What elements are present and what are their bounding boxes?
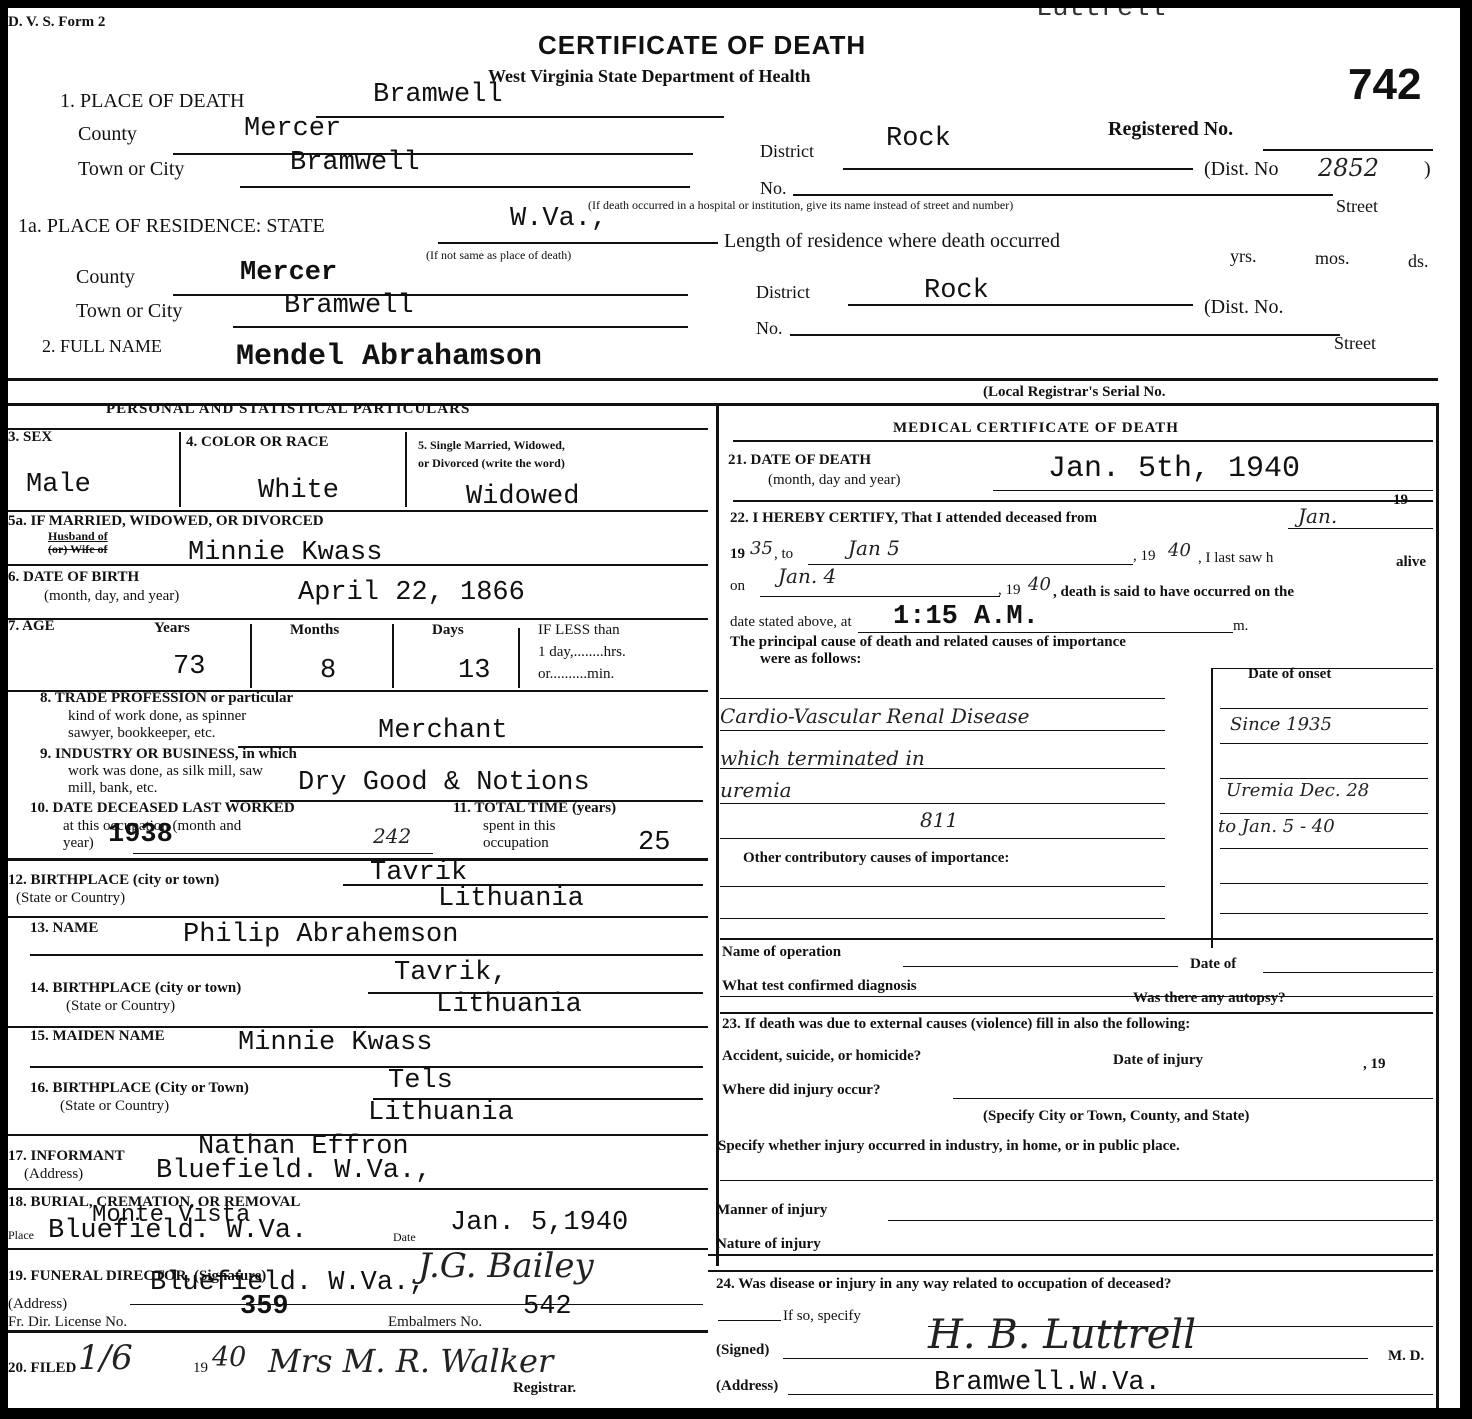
certificate-title: CERTIFICATE OF DEATH [538,30,866,61]
mother-birthplace-label-2: (State or Country) [60,1098,169,1115]
district-value: Rock [886,124,951,154]
res-town-value: Bramwell [284,291,414,321]
ds-label: ds. [1408,251,1429,272]
dob-label: 6. DATE OF BIRTH [8,569,139,586]
other-causes-label: Other contributory causes of importance: [743,850,1009,867]
last-worked-value: 1938 [108,820,173,850]
full-name-value: Mendel Abrahamson [236,340,542,374]
department-subtitle: West Virginia State Department of Health [488,66,810,87]
residence-label: 1a. PLACE OF RESIDENCE: STATE [18,215,325,238]
filed-year-prefix: 19 [193,1360,208,1377]
res-street-no-label: No. [756,318,783,339]
sex-label: 3. SEX [8,429,52,446]
funeral-address-label: (Address) [8,1296,67,1313]
certify-on: on [730,578,745,595]
external-causes-label: 23. If death was due to external causes … [722,1016,1190,1033]
place-of-death-label: 1. PLACE OF DEATH [60,90,244,113]
certify-m: m. [1233,618,1248,635]
license-no: 359 [240,1292,289,1322]
manner-label: Manner of injury [716,1202,827,1219]
medical-heading: MEDICAL CERTIFICATE OF DEATH [893,420,1179,437]
dist-no-value: 2852 [1318,154,1379,182]
certify-last-saw: , I last saw h [1198,550,1273,567]
dist-no-label: (Dist. No [1204,158,1278,181]
cause-line-2: which terminated in [720,746,925,770]
less-than-label: IF LESS than [538,622,620,639]
embalmers-no: 542 [523,1292,572,1322]
length-of-residence-label: Length of residence where death occurred [724,230,1060,253]
attended-from: Jan. [1298,504,1337,528]
cause-intro-2: were as follows: [760,651,861,668]
specify-place-label: Specify whether injury occurred in indus… [718,1138,1180,1155]
birthplace-country: Lithuania [438,884,584,914]
onset-label: Date of onset [1248,666,1331,683]
yrs-label: yrs. [1230,246,1257,267]
certify-line-1: 22. I HEREBY CERTIFY, That I attended de… [730,510,1097,527]
last-worked-label-1: 10. DATE DECEASED LAST WORKED [30,800,295,817]
mother-maiden-label: 15. MAIDEN NAME [30,1028,165,1045]
filed-label: 20. FILED [8,1360,76,1377]
death-certificate: D. V. S. Form 2 Luttrell CERTIFICATE OF … [8,8,1460,1408]
total-time-label-2: spent in this [483,818,556,835]
certify-19-last: , 19 [998,582,1021,599]
mother-birthplace-country: Lithuania [368,1098,514,1128]
months-label: Months [290,622,339,639]
father-birthplace-city: Tavrik, [394,958,507,988]
father-birthplace-country: Lithuania [436,990,582,1020]
days-label: Days [432,622,464,639]
certify-alive: alive [1396,554,1426,571]
certify-19-to: , 19 [1133,548,1156,565]
birthplace-label-1: 12. BIRTHPLACE (city or town) [8,872,219,889]
last-seen-year: 40 [1028,574,1051,595]
race-value: White [258,476,339,506]
age-months: 8 [320,656,336,686]
form-id: D. V. S. Form 2 [8,14,105,31]
physician-signature: H. B. Luttrell [928,1312,1196,1358]
industry-value: Dry Good & Notions [298,768,590,798]
time-of-death: 1:15 A.M. [893,602,1039,632]
last-seen-date: Jan. 4 [778,564,836,588]
burial-date: Jan. 5,1940 [450,1208,628,1238]
county-label: County [78,123,137,146]
res-district-value: Rock [924,276,989,306]
onset-1: Since 1935 [1230,714,1332,735]
place-of-death-value: Bramwell [373,80,503,110]
trade-label-2: kind of work done, as spinner [68,708,246,725]
attended-to-year: 40 [1168,540,1191,561]
autopsy-label: Was there any autopsy? [1133,990,1286,1007]
town-value: Bramwell [290,148,420,178]
mother-birthplace-city: Tels [388,1066,453,1096]
mother-birthplace-label-1: 16. BIRTHPLACE (City or Town) [30,1080,249,1097]
injury-19: , 19 [1363,1056,1386,1073]
age-label: 7. AGE [8,618,55,635]
trade-label-1: 8. TRADE PROFESSION or particular [40,690,293,707]
top-surname: Luttrell [1036,8,1166,24]
town-label: Town or City [78,158,184,181]
spouse-sub-wife: (or) Wife of [48,542,108,557]
registrar-label: Registrar. [513,1380,576,1397]
informant-label: 17. INFORMANT [8,1148,125,1165]
filed-year: 40 [212,1342,246,1373]
if-so-label: If so, specify [783,1308,861,1325]
burial-place-label: Place [8,1228,34,1243]
accident-label: Accident, suicide, or homicide? [722,1048,921,1065]
residence-state-note: (If not same as place of death) [426,248,571,263]
registrar-signature: Mrs M. R. Walker [268,1342,553,1380]
street-label: Street [1336,196,1378,217]
where-injury-note: (Specify City or Town, County, and State… [983,1108,1249,1125]
res-town-label: Town or City [76,300,182,323]
cause-code: 811 [920,808,958,832]
birthplace-label-2: (State or Country) [16,890,125,907]
years-label: Years [154,620,190,637]
trade-label-3: sawyer, bookkeeper, etc. [68,725,215,742]
cause-line-1: Cardio-Vascular Renal Disease [720,704,1029,728]
industry-label-1: 9. INDUSTRY OR BUSINESS, in which [40,746,297,763]
physician-address-label: (Address) [716,1378,778,1395]
onset-3: to Jan. 5 - 40 [1218,816,1335,837]
cause-intro-1: The principal cause of death and related… [730,634,1126,651]
test-label: What test confirmed diagnosis [722,978,917,995]
less-hrs-label: 1 day,........hrs. [538,644,626,661]
certify-to: , to [774,546,793,563]
date-of-death: Jan. 5th, 1940 [1048,452,1300,486]
injury-date-label: Date of injury [1113,1052,1203,1069]
certify-death-said: , death is said to have occurred on the [1053,584,1294,601]
spouse-label: 5a. IF MARRIED, WIDOWED, OR DIVORCED [8,513,324,530]
funeral-director-signature: J.G. Bailey [418,1246,594,1286]
marital-value: Widowed [466,482,579,512]
license-label: Fr. Dir. License No. [8,1314,127,1331]
burial-date-label: Date [393,1230,416,1245]
hospital-note: (If death occurred in a hospital or inst… [588,198,1013,213]
occupation-question: 24. Was disease or injury in any way rel… [716,1276,1171,1293]
operation-date-label: Date of [1190,956,1236,973]
marital-label-2: or Divorced (write the word) [418,456,565,471]
registered-number-stamp: 742 [1348,60,1421,110]
res-county-label: County [76,266,135,289]
registered-no-label: Registered No. [1108,118,1233,141]
res-dist-no-label: (Dist. No. [1204,296,1283,319]
county-value: Mercer [244,114,341,144]
industry-label-3: mill, bank, etc. [68,780,158,797]
where-injury-label: Where did injury occur? [722,1082,880,1099]
total-time-label-3: occupation [483,835,549,852]
full-name-label: 2. FULL NAME [42,336,162,357]
personal-heading: PERSONAL AND STATISTICAL PARTICULARS [106,401,470,418]
signed-label: (Signed) [716,1342,769,1359]
embalmers-label: Embalmers No. [388,1314,482,1331]
trade-value: Merchant [378,716,508,746]
total-time-label-1: 11. TOTAL TIME (years) [453,800,616,817]
operation-label: Name of operation [722,944,841,961]
dob-value: April 22, 1866 [298,578,525,608]
sex-value: Male [26,470,91,500]
less-min-label: or..........min. [538,666,614,683]
mos-label: mos. [1315,248,1350,269]
age-years: 73 [173,652,205,682]
filed-date: 1/6 [78,1338,133,1378]
burial-place: Bluefield. W.Va. [48,1216,307,1246]
industry-label-2: work was done, as silk mill, saw [68,763,263,780]
res-street-label: Street [1334,333,1376,354]
father-name-label: 13. NAME [30,920,98,937]
informant-address-label: (Address) [24,1166,83,1183]
onset-2: Uremia Dec. 28 [1226,780,1369,801]
attended-from-year: 35 [750,538,773,559]
last-worked-handwritten: 242 [373,824,411,848]
local-serial-label: (Local Registrar's Serial No. [983,384,1165,401]
age-days: 13 [458,656,490,686]
res-district-label: District [756,282,810,303]
father-name: Philip Abrahemson [183,920,458,950]
md-label: M. D. [1388,1348,1424,1365]
dod-label: 21. DATE OF DEATH [728,452,871,469]
father-birthplace-label-2: (State or Country) [66,998,175,1015]
res-county-value: Mercer [240,258,337,288]
district-label: District [760,141,814,162]
father-birthplace-label-1: 14. BIRTHPLACE (city or town) [30,980,241,997]
attended-to: Jan 5 [848,536,900,560]
dob-sub: (month, day, and year) [44,588,179,605]
marital-label-1: 5. Single Married, Widowed, [418,438,565,453]
cause-line-3: uremia [720,778,792,802]
total-time-value: 25 [638,828,670,858]
last-worked-label-3: year) [63,835,94,852]
certify-19-prefix: 19 [730,546,745,563]
certify-date-stated: date stated above, at [730,614,852,631]
mother-maiden-name: Minnie Kwass [238,1028,432,1058]
residence-state: W.Va., [510,204,607,234]
informant-address: Bluefield. W.Va., [156,1156,431,1186]
dod-sub: (month, day and year) [768,472,900,489]
nature-label: Nature of injury [716,1236,821,1253]
race-label: 4. COLOR OR RACE [186,434,329,451]
street-no-label: No. [760,178,787,199]
